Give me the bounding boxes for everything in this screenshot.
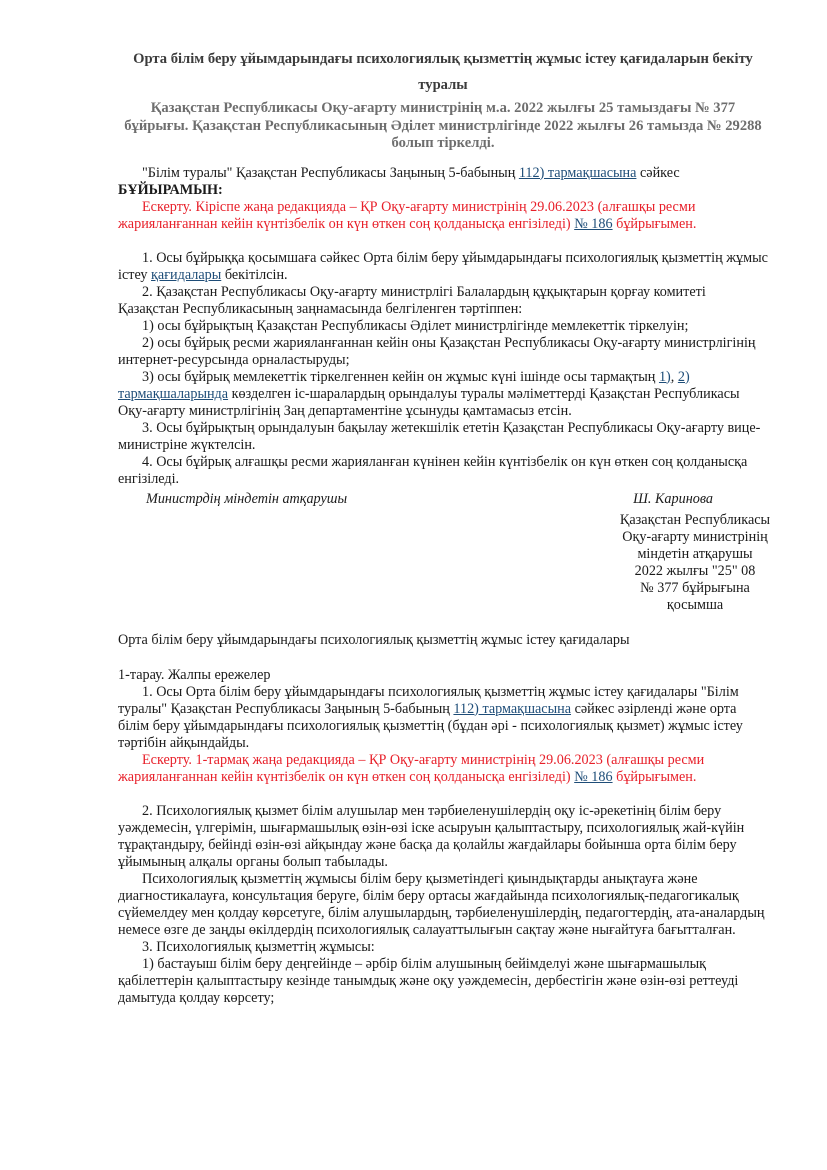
title-line-1: Орта білім беру ұйымдарындағы психология… xyxy=(118,46,768,72)
order-subitem-3: 3) осы бұйрық мемлекеттік тіркелгеннен к… xyxy=(118,369,768,420)
spacer xyxy=(118,786,768,803)
title-line-2: туралы xyxy=(118,72,768,98)
order-word: БҰЙЫРАМЫН: xyxy=(118,182,223,198)
order-item-1: 1. Осы бұйрыққа қосымшаға сәйкес Орта бі… xyxy=(118,250,768,284)
order-item-3: 3. Осы бұйрықтың орындалуын бақылау жете… xyxy=(118,420,768,454)
note-tail: бұйрығымен. xyxy=(613,769,697,785)
annex-line: № 377 бұйрығына xyxy=(610,580,780,597)
signatory-position: Министрдің міндетін атқарушы xyxy=(118,491,347,508)
amendment-note: Ескерту. Кіріспе жаңа редакцияда – ҚР Оқ… xyxy=(118,199,768,233)
annex-line: Оқу-ағарту министрінің xyxy=(610,529,780,546)
annex-line: міндетін атқарушы xyxy=(610,546,780,563)
law-article-link[interactable]: 112) тармақшасына xyxy=(519,165,637,181)
preamble-text: "Білім туралы" Қазақстан Республикасы За… xyxy=(142,165,519,181)
rules-subitem-3-1: 1) бастауыш білім беру деңгейінде – әрбі… xyxy=(118,956,768,1007)
note-tail: бұйрығымен. xyxy=(613,216,697,232)
annex-line: 2022 жылғы "25" 08 xyxy=(610,563,780,580)
rules-item-1: 1. Осы Орта білім беру ұйымдарындағы пси… xyxy=(118,684,768,752)
order-subitem-1: 1) осы бұйрықтың Қазақстан Республикасы … xyxy=(118,318,768,335)
signatory-name: Ш. Каринова xyxy=(633,491,768,508)
item-text-after: бекітілсін. xyxy=(221,267,287,283)
rules-link[interactable]: қағидалары xyxy=(151,267,221,283)
document-subtitle: Қазақстан Республикасы Оқу-ағарту минист… xyxy=(118,100,768,153)
order-186-link-2[interactable]: № 186 xyxy=(574,769,612,785)
amendment-note-2: Ескерту. 1-тармақ жаңа редакцияда – ҚР О… xyxy=(118,752,768,786)
document-page: Орта білім беру ұйымдарындағы психология… xyxy=(118,40,768,1007)
signature-block: Министрдің міндетін атқарушы Ш. Каринова xyxy=(118,491,768,508)
annex-line: Қазақстан Республикасы xyxy=(610,512,780,529)
annex-stamp: Қазақстан Республикасы Оқу-ағарту минист… xyxy=(610,512,780,614)
order-item-2: 2. Қазақстан Республикасы Оқу-ағарту мин… xyxy=(118,284,768,318)
annex-line: қосымша xyxy=(610,597,780,614)
rules-title: Орта білім беру ұйымдарындағы психология… xyxy=(118,632,768,649)
rules-item-2b: Психологиялық қызметтің жұмысы білім бер… xyxy=(118,871,768,939)
item-text: 3) осы бұйрық мемлекеттік тіркелгеннен к… xyxy=(142,369,659,385)
subitem-1-link[interactable]: 1) xyxy=(659,369,671,385)
order-subitem-2: 2) осы бұйрық ресми жарияланғаннан кейін… xyxy=(118,335,768,369)
chapter-heading: 1-тарау. Жалпы ережелер xyxy=(118,667,768,684)
order-186-link[interactable]: № 186 xyxy=(574,216,612,232)
document-title: Орта білім беру ұйымдарындағы психология… xyxy=(118,46,768,98)
preamble-text-after: сәйкес xyxy=(636,165,679,181)
spacer xyxy=(118,233,768,250)
rules-item-3: 3. Психологиялық қызметтің жұмысы: xyxy=(118,939,768,956)
rules-item-2: 2. Психологиялық қызмет білім алушылар м… xyxy=(118,803,768,871)
separator: , xyxy=(671,369,678,385)
preamble: "Білім туралы" Қазақстан Республикасы За… xyxy=(118,165,768,199)
order-item-4: 4. Осы бұйрық алғашқы ресми жарияланған … xyxy=(118,454,768,488)
law-article-link-2[interactable]: 112) тармақшасына xyxy=(453,701,571,717)
